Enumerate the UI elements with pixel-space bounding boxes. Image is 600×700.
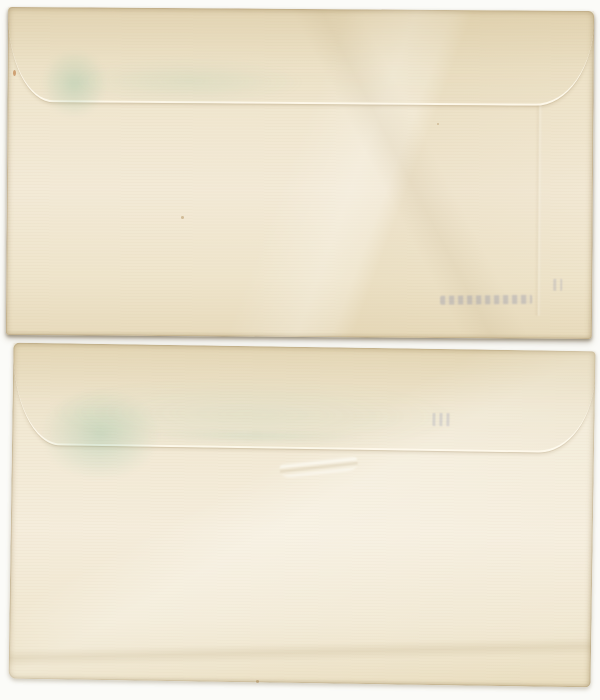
bottom-envelope-tiny-ink-marks xyxy=(432,413,450,426)
top-envelope-ink-smudge xyxy=(440,295,532,305)
bottom-envelope-scuff-wrinkle xyxy=(279,451,359,481)
bottom-envelope-flap xyxy=(12,343,595,454)
scanned-photo xyxy=(0,0,600,700)
top-envelope-vertical-crease xyxy=(534,106,542,316)
top-envelope-back xyxy=(6,7,594,339)
top-envelope-flap xyxy=(7,7,594,106)
bottom-envelope-back xyxy=(9,343,596,688)
top-envelope-tiny-ink-mark xyxy=(553,279,562,291)
